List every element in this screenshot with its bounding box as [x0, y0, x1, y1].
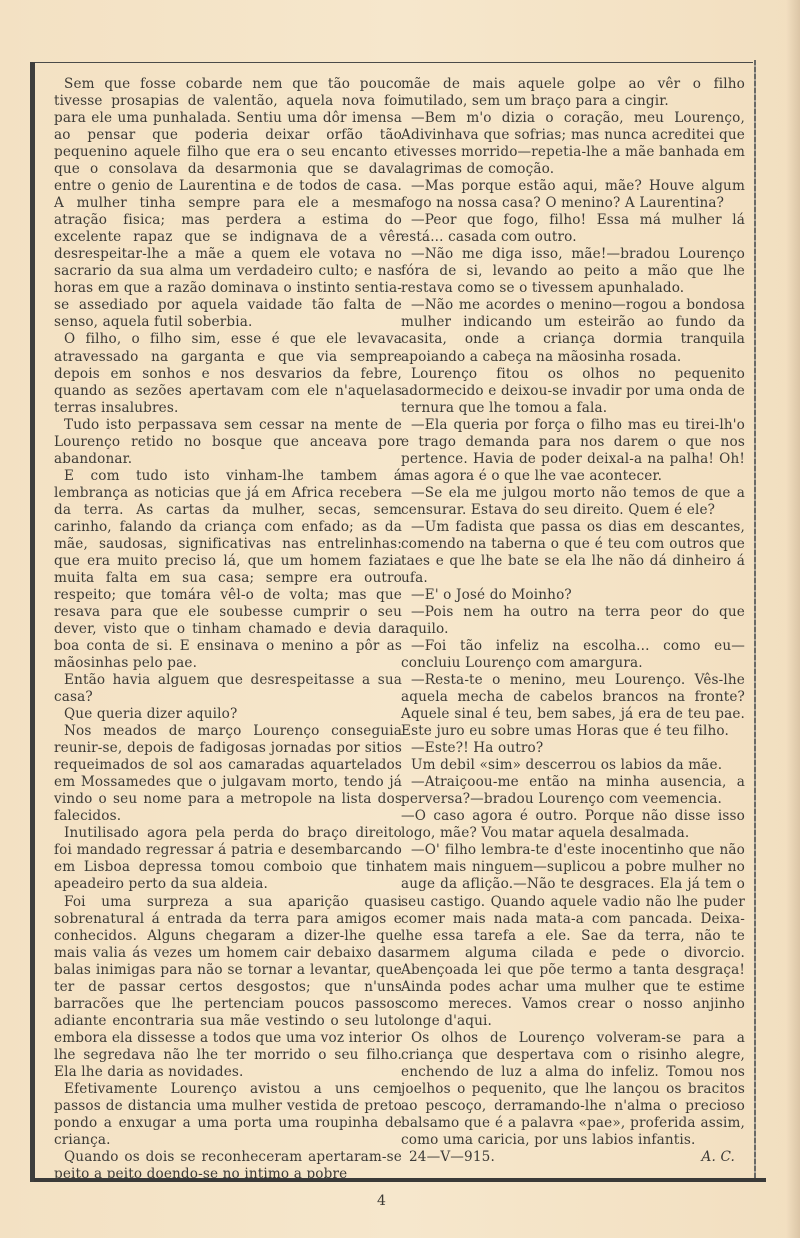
paragraph: Tudo isto perpassava sem cessar na mente…	[54, 417, 402, 468]
paragraph: O filho, o filho sim, esse é que ele lev…	[54, 331, 402, 416]
paragraph: —Pois nem ha outro na terra peor do que …	[401, 604, 745, 638]
text-column-left: Sem que fosse cobarde nem que tão pouco …	[54, 76, 402, 1183]
paragraph: —E' o José do Moinho?	[401, 587, 745, 604]
paragraph: Que queria dizer aquilo?	[54, 706, 402, 723]
paragraph: —Resta-te o menino, meu Lourenço. Vês-lh…	[401, 672, 745, 740]
paragraph: —O caso agora é outro. Porque não disse …	[401, 808, 745, 842]
paragraph: —Este?! Ha outro?	[401, 740, 745, 757]
paragraph: —Não me diga isso, mãe!—bradou Lourenço …	[401, 246, 745, 297]
paragraph: Um debil «sim» descerrou os labios da mã…	[401, 757, 745, 774]
paragraph: —Mas porque estão aqui, mãe? Houve algum…	[401, 178, 745, 212]
paragraph: —O' filho lembra-te d'este inocentinho q…	[401, 842, 745, 1029]
paragraph: —Atraiçoou-me então na minha ausencia, a…	[401, 774, 745, 808]
frame-top-rule	[33, 62, 753, 63]
paragraph: Sem que fosse cobarde nem que tão pouco …	[54, 76, 402, 331]
paragraph: Quando os dois se reconheceram apertaram…	[54, 1149, 402, 1183]
paragraph: Foi uma surpreza a sua aparição quasi so…	[54, 894, 402, 1081]
page-number: 4	[377, 1193, 386, 1209]
paragraph: Os olhos de Lourenço volveram-se para a …	[401, 1030, 745, 1149]
paragraph: Então havia alguem que desrespeitasse a …	[54, 672, 402, 706]
paragraph: Nos meados de março Lourenço conseguia r…	[54, 723, 402, 825]
text-column-right: mãe de mais aquele golpe ao vêr o filho …	[401, 76, 745, 1166]
frame-left-rule	[30, 62, 35, 1182]
paragraph: mãe de mais aquele golpe ao vêr o filho …	[401, 76, 745, 110]
paragraph: E com tudo isto vinham-lhe tambem á lemb…	[54, 468, 402, 672]
frame-right-rule	[754, 60, 756, 1182]
paragraph: Inutilisado agora pela perda do braço di…	[54, 825, 402, 893]
signoff-date: 24—V—915.	[401, 1149, 495, 1166]
paragraph: —Ela queria por força o filho mas eu tir…	[401, 417, 745, 485]
page-edge-shadow	[786, 0, 800, 1238]
paragraph: —Peor que fogo, filho! Essa má mulher lá…	[401, 212, 745, 246]
signoff-author: A. C.	[702, 1149, 735, 1166]
paragraph: —Se ela me julgou morto não temos de que…	[401, 485, 745, 519]
signoff: 24—V—915.A. C.	[401, 1149, 745, 1166]
paragraph: —Foi tão infeliz na escolha... como eu—c…	[401, 638, 745, 672]
paragraph: —Bem m'o dizia o coração, meu Lourenço, …	[401, 110, 745, 178]
paragraph: Efetivamente Lourenço avistou a uns cem …	[54, 1081, 402, 1149]
paragraph: —Não me acordes o menino—rogou a bondosa…	[401, 297, 745, 365]
paragraph: Lourenço fitou os olhos no pequenito ado…	[401, 366, 745, 417]
paragraph: —Um fadista que passa os dias em descant…	[401, 519, 745, 587]
